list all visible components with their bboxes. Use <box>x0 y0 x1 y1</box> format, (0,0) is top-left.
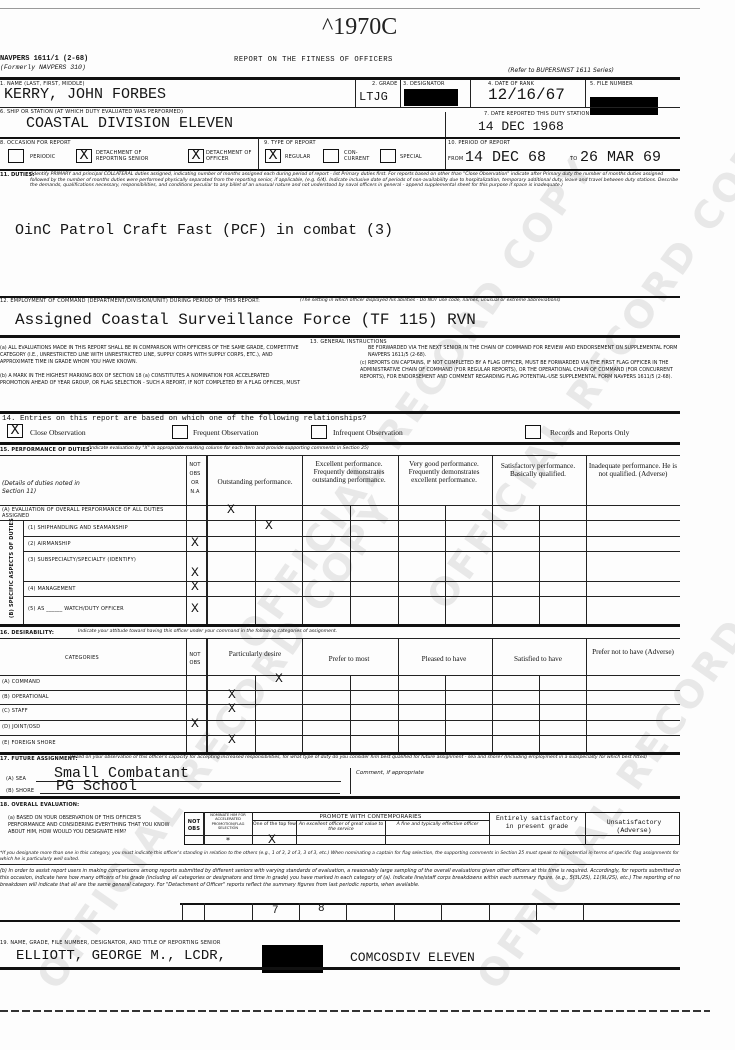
station-value: COASTAL DIVISION ELEVEN <box>26 115 233 132</box>
desirability-label: 16. DESIRABILITY: <box>0 630 54 636</box>
senior-name: ELLIOTT, GEORGE M., LCDR, <box>16 948 226 964</box>
des-row-joint-osd-not-obs: X <box>191 718 199 730</box>
overall-unsatisfactory: Unsatisfactory (Adverse) <box>590 819 678 835</box>
date-reported-value: 14 DEC 1968 <box>478 119 564 134</box>
checkbox-infrequent-observation[interactable] <box>311 425 327 439</box>
redacted-file-number <box>590 97 658 115</box>
overall-fine-officer: A fine and typically effective officer <box>386 822 489 827</box>
overall-b-text: (b) In order to assist report users in m… <box>0 868 690 889</box>
concurrent-label: CON-CURRENT <box>344 150 369 162</box>
overall-excellent-officer: An excellent officer of great value to t… <box>297 822 385 832</box>
form-refer: (Refer to BUPERSINST 1611 Series) <box>508 67 614 74</box>
periodic-label: PERIODIC <box>30 154 55 160</box>
period-label: 10. PERIOD OF REPORT <box>448 140 510 146</box>
overall-top-few-mark: X <box>268 834 276 846</box>
occasion-label: 8. OCCASION FOR REPORT <box>0 140 71 146</box>
perf-row-watch-officer-label: (5) AS ______ WATCH/DUTY OFFICER <box>28 606 178 612</box>
duties-value: OinC Patrol Craft Fast (PCF) in combat (… <box>15 222 393 239</box>
form-formerly: (Formerly NAVPERS 310) <box>0 64 86 71</box>
checkbox-records-only[interactable] <box>525 425 541 439</box>
perf-col-outstanding: Outstanding performance. <box>210 478 300 486</box>
relationship-label: 14. Entries on this report are based on … <box>2 415 367 423</box>
grade-label: 2. GRADE <box>372 81 398 87</box>
perf-col-inadequate: Inadequate performance. He is not qualif… <box>586 462 680 478</box>
overall-top-few: One of the top few <box>253 822 296 827</box>
performance-details-header: (Details of duties noted in Section 11) <box>2 480 102 496</box>
file-number-label: 5. FILE NUMBER <box>590 81 633 87</box>
overall-nominate: NOMINATE HIM FOR ACCELERATED PROMOTION/F… <box>205 813 251 830</box>
des-row-command-label: (a) COMMAND <box>2 679 40 685</box>
perf-col-excellent: Excellent performance. Frequently demons… <box>302 460 396 484</box>
perf-row-overall-label: (a) EVALUATION OF OVERALL PERFORMANCE OF… <box>2 507 172 519</box>
perf-row-management-not-obs: X <box>191 581 199 593</box>
detachment-officer-label: DETACHMENT OF OFFICER <box>206 150 256 162</box>
employment-value: Assigned Coastal Surveillance Force (TF … <box>15 311 476 329</box>
future-comment-label: Comment, if appropriate <box>356 770 424 776</box>
designator-label: 3. DESIGNATOR <box>403 81 445 87</box>
des-col-pleased-to-have: Pleased to have <box>398 655 490 663</box>
des-col-prefer-not: Prefer not to have (Adverse) <box>586 648 680 656</box>
perf-row-overall-mark: X <box>227 504 235 516</box>
date-reported-label: 7. DATE REPORTED THIS DUTY STATION <box>484 111 589 117</box>
future-instructions: Based on your observation of this office… <box>70 755 680 761</box>
checkbox-detachment-officer[interactable]: X <box>188 149 204 163</box>
des-row-operational-mark: X <box>228 689 236 701</box>
detachment-senior-label: DETACHMENT OF REPORTING SENIOR <box>96 150 166 162</box>
des-row-foreign-shore-mark: X <box>228 734 236 746</box>
overall-count-top-few-b: 8 <box>318 903 325 915</box>
performance-label: 15. PERFORMANCE OF DUTIES: <box>0 447 92 453</box>
overall-nominate-mark: * <box>226 836 230 845</box>
redacted-designator <box>404 89 458 106</box>
performance-not-obs-header: NOT OBS OR N.A <box>187 461 203 497</box>
general-instructions-title: 13. GENERAL INSTRUCTIONS <box>310 339 387 345</box>
overall-question: (a) BASED ON YOUR OBSERVATION OF THIS OF… <box>8 815 176 836</box>
form-id: NAVPERS 1611/1 (2-68) <box>0 55 88 63</box>
des-row-operational-label: (b) OPERATIONAL <box>2 694 49 700</box>
general-instructions-b-cont: BE FORWARDED VIA THE NEXT SENIOR IN THE … <box>368 346 678 360</box>
overall-satisfactory: Entirely satisfactory in present grade <box>491 815 583 831</box>
checkbox-regular[interactable]: X <box>265 149 281 163</box>
future-sea-label: (a) SEA <box>6 776 26 782</box>
des-col-particularly-desire: Particularly desire <box>210 650 300 658</box>
employment-label: 12. EMPLOYMENT OF COMMAND (DEPARTMENT/DI… <box>0 298 300 304</box>
checkbox-periodic[interactable] <box>8 149 24 163</box>
type-label: 9. TYPE OF REPORT <box>264 140 316 146</box>
name-value: KERRY, JOHN FORBES <box>4 86 166 103</box>
employment-instructions: (The setting in which officer displayed … <box>300 298 680 304</box>
special-label: SPECIAL <box>400 154 422 160</box>
general-instructions-c: (c) REPORTS ON CAPTAINS, IF NOT COMPLETE… <box>360 361 678 381</box>
period-from-value: 14 DEC 68 <box>465 149 546 166</box>
perf-col-very-good: Very good performance. Frequently demons… <box>398 460 490 484</box>
perf-row-airmanship-not-obs: X <box>191 537 199 549</box>
des-col-prefer-to-most: Prefer to most <box>302 655 396 663</box>
specific-aspects-side-label: (b) SPECIFIC ASPECTS OF DUTIES <box>9 518 15 618</box>
perf-row-watch-officer-not-obs: X <box>191 603 199 615</box>
overall-label: 18. OVERALL EVALUATION: <box>0 802 79 808</box>
period-to-label: TO <box>570 156 577 162</box>
frequent-observation-label: Frequent Observation <box>193 428 258 437</box>
overall-count-top-few: 7 <box>272 905 279 917</box>
checkbox-concurrent[interactable] <box>323 149 339 163</box>
des-row-staff-mark: X <box>228 703 236 715</box>
records-only-label: Records and Reports Only <box>550 428 629 437</box>
senior-title: COMCOSDIV ELEVEN <box>350 950 475 965</box>
des-row-joint-osd-label: (d) JOINT/OSD <box>2 724 40 730</box>
desirability-not-obs-header: NOT OBS <box>187 651 203 667</box>
overall-not-obs: NOT OBS <box>186 819 202 833</box>
grade-value: LTJG <box>359 90 388 104</box>
perf-row-shiphandling-label: (1) SHIPHANDLING AND SEAMANSHIP <box>28 525 128 531</box>
des-row-staff-label: (c) STAFF <box>2 708 28 714</box>
infrequent-observation-label: Infrequent Observation <box>333 428 403 437</box>
regular-label: REGULAR <box>285 154 310 160</box>
overall-promote-header: PROMOTE WITH CONTEMPORARIES <box>252 814 489 820</box>
general-instructions-b: (b) A MARK IN THE HIGHEST MARKING BOX OF… <box>0 374 300 388</box>
des-row-foreign-shore-label: (e) FOREIGN SHORE <box>2 740 56 746</box>
checkbox-frequent-observation[interactable] <box>172 425 188 439</box>
perf-row-shiphandling-mark: X <box>265 520 273 532</box>
perf-col-satisfactory: Satisfactory performance. Basically qual… <box>492 462 584 478</box>
future-shore-label: (b) SHORE <box>6 788 34 794</box>
form-title: REPORT ON THE FITNESS OF OFFICERS <box>234 56 393 64</box>
general-instructions-a: (a) ALL EVALUATIONS MADE IN THIS REPORT … <box>0 346 300 366</box>
period-from-label: FROM <box>448 156 463 162</box>
overall-footnote: *If you designate more than one in this … <box>0 851 690 863</box>
close-observation-label: Close Observation <box>30 428 86 437</box>
checkbox-special[interactable] <box>380 149 396 163</box>
des-col-satisfied-to-have: Satisfied to have <box>492 655 584 663</box>
desirability-categories-header: CATEGORIES <box>65 655 99 661</box>
period-to-value: 26 MAR 69 <box>580 149 661 166</box>
checkbox-close-observation[interactable]: X <box>7 424 23 438</box>
desirability-instructions: Indicate your attitude toward having thi… <box>78 629 638 635</box>
perf-row-airmanship-label: (2) AIRMANSHIP <box>28 541 71 547</box>
perf-row-subspecialty-not-obs: X <box>191 567 199 579</box>
des-row-command-mark: X <box>275 673 283 685</box>
future-label: 17. FUTURE ASSIGNMENT: <box>0 756 78 762</box>
perf-row-subspecialty-label: (3) SUBSPECIALTY/SPECIALTY (IDENTIFY) <box>28 557 138 564</box>
performance-instructions: (Indicate evaluation by "X" in appropria… <box>88 446 688 452</box>
duties-instructions: (Identify PRIMARY and principal COLLATER… <box>30 172 680 189</box>
perf-row-management-label: (4) MANAGEMENT <box>28 586 76 592</box>
checkbox-detachment-senior[interactable]: X <box>76 149 92 163</box>
handwritten-number: ^1970C <box>322 14 397 41</box>
senior-label: 19. NAME, GRADE, FILE NUMBER, DESIGNATOR… <box>0 940 221 946</box>
date-of-rank-value: 12/16/67 <box>488 86 565 104</box>
